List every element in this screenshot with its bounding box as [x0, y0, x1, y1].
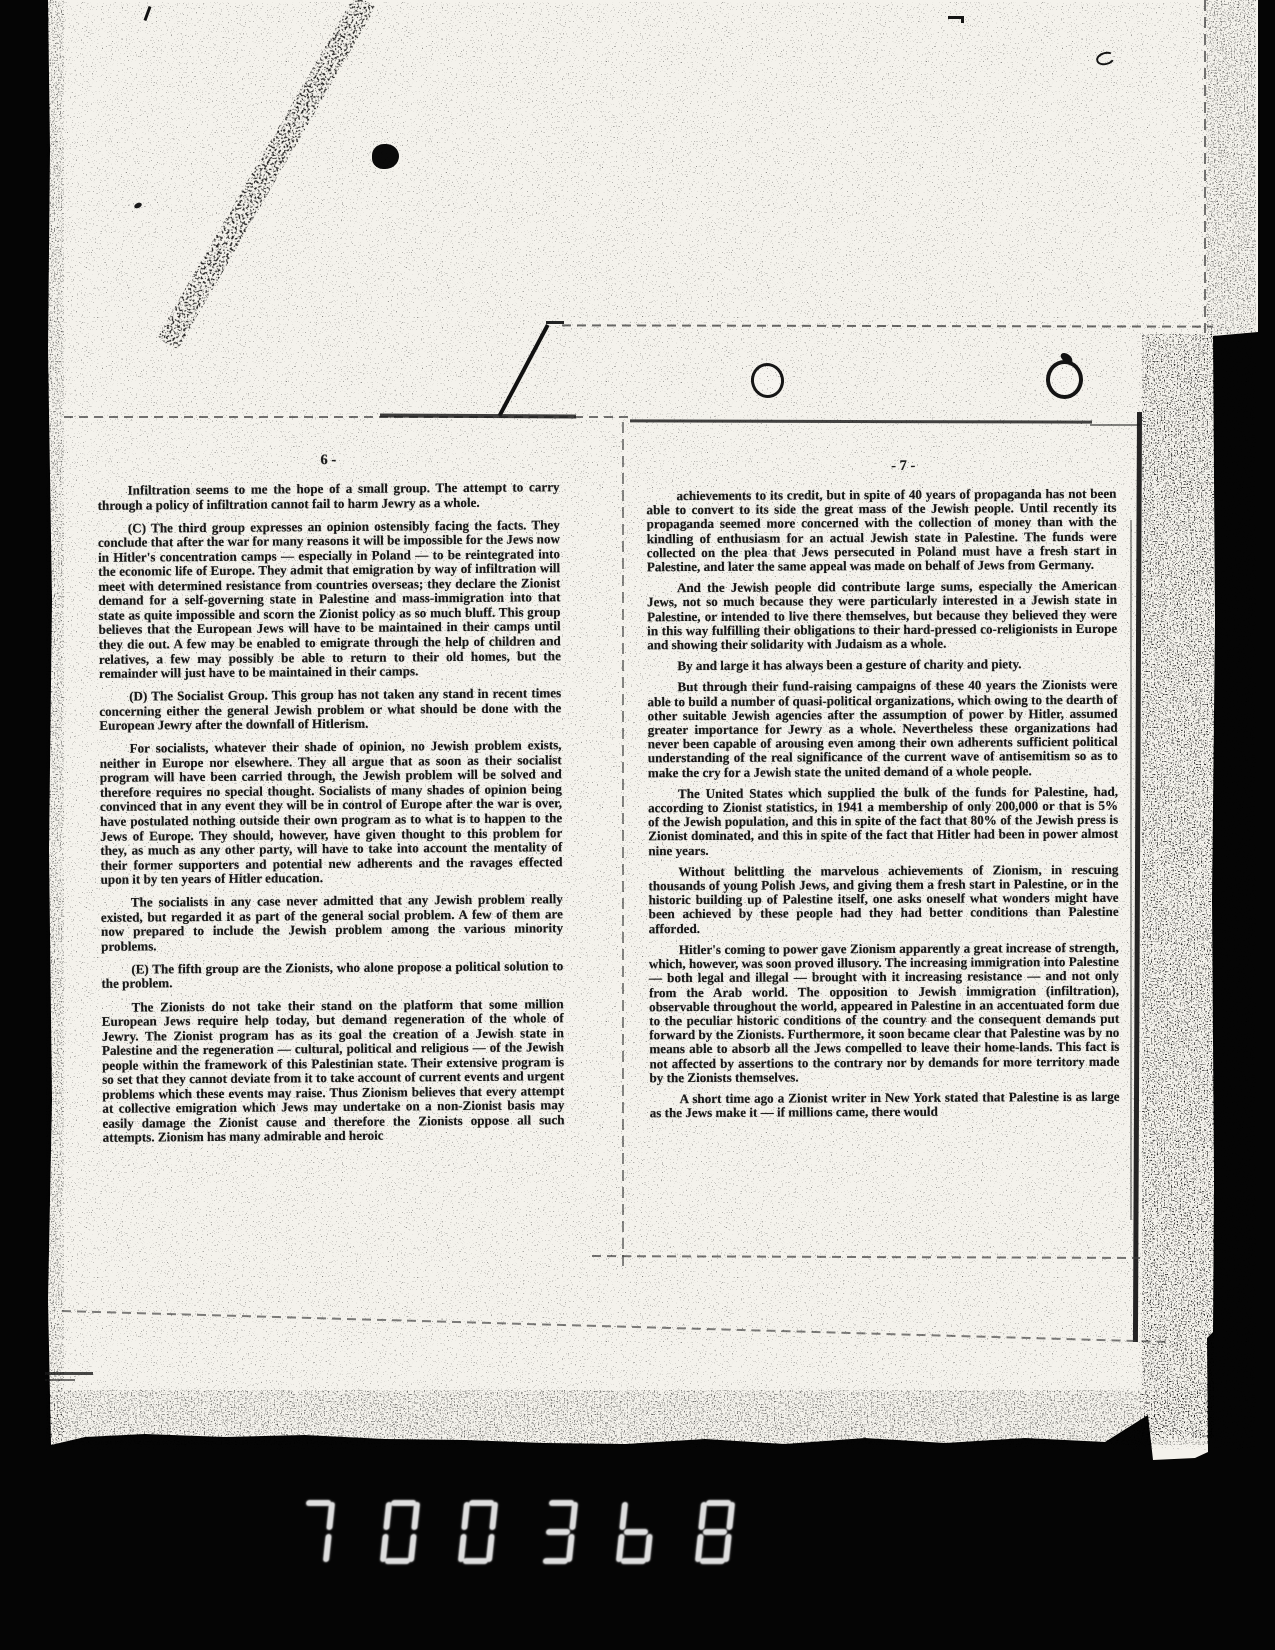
right-page-text: achievements to its credit, but in spite…: [646, 487, 1119, 1121]
document-page-left: 6 - Infiltration seems to me the hope of…: [97, 450, 564, 1154]
segment-b: [326, 1502, 335, 1530]
sheet-edge-line-topright: [1204, 0, 1206, 333]
segment-f: [383, 1502, 392, 1530]
paragraph: (D) The Socialist Group. This group has …: [99, 686, 561, 733]
microfilm-frame: 6 - Infiltration seems to me the hope of…: [0, 0, 1275, 1650]
segment-d: [385, 1558, 411, 1564]
paragraph: By and large it has always been a gestur…: [647, 657, 1117, 674]
counter-digit-3: [538, 1500, 579, 1564]
document-page-right: - 7 - achievements to its credit, but in…: [646, 457, 1119, 1128]
paragraph: The socialists in any case never admitte…: [101, 892, 563, 954]
segment-a: [706, 1500, 732, 1506]
left-page-text: Infiltration seems to me the hope of a s…: [97, 480, 564, 1146]
corner-tick-mark-2: [961, 16, 964, 23]
counter-digit-6: [616, 1500, 657, 1564]
segment-d: [543, 1558, 569, 1564]
segment-b: [411, 1502, 420, 1530]
counter-digit-0: [380, 1500, 421, 1564]
paragraph: achievements to its credit, but in spite…: [646, 487, 1116, 575]
segment-g: [703, 1529, 728, 1535]
segment-a: [469, 1500, 495, 1506]
counter-digit-8: [695, 1500, 736, 1564]
segment-f: [619, 1502, 628, 1530]
segment-a: [391, 1500, 417, 1506]
counter-digit-0: [458, 1500, 499, 1564]
segment-b: [489, 1502, 498, 1530]
punch-hole-right: [1046, 360, 1083, 399]
segment-d: [463, 1558, 489, 1564]
paragraph: A short time ago a Zionist writer in New…: [650, 1090, 1120, 1121]
left-margin-dash-2: [45, 1379, 75, 1381]
paragraph: (E) The fifth group are the Zionists, wh…: [101, 959, 563, 992]
segment-a: [549, 1500, 575, 1506]
paragraph: And the Jewish people did contribute lar…: [647, 579, 1117, 652]
segment-f: [698, 1502, 707, 1530]
paragraph: For socialists, whatever their shade of …: [100, 738, 563, 887]
segment-g: [624, 1529, 649, 1535]
paragraph: (C) The third group expresses an opinion…: [98, 518, 561, 682]
paragraph: Without belittling the marvelous achieve…: [648, 863, 1118, 936]
paragraph: Infiltration seems to me the hope of a s…: [97, 480, 559, 513]
segment-b: [726, 1502, 735, 1530]
paragraph: The Zionists do not take their stand on …: [102, 997, 565, 1146]
segment-c: [323, 1534, 332, 1562]
paragraph: But through their fund-raising campaigns…: [647, 678, 1118, 780]
page-number-right: - 7 -: [646, 457, 1116, 476]
segment-d: [700, 1558, 726, 1564]
segment-d: [621, 1558, 647, 1564]
paragraph: Hitler's coming to power gave Zionism ap…: [649, 941, 1120, 1085]
scanned-sheet: 6 - Infiltration seems to me the hope of…: [45, 0, 1258, 1468]
segment-f: [461, 1502, 470, 1530]
right-page-right-edge-echo: [1130, 520, 1132, 1220]
left-margin-dash: [45, 1372, 93, 1375]
segment-a: [306, 1500, 332, 1506]
segment-b: [569, 1502, 578, 1530]
page-number-left: 6 -: [97, 450, 559, 471]
counter-digit-7: [295, 1500, 336, 1564]
right-page-top-edge-step: [1090, 424, 1140, 426]
paragraph: The United States which supplied the bul…: [648, 785, 1118, 858]
segment-g: [546, 1529, 571, 1535]
right-page-left-edge: [622, 422, 624, 1267]
